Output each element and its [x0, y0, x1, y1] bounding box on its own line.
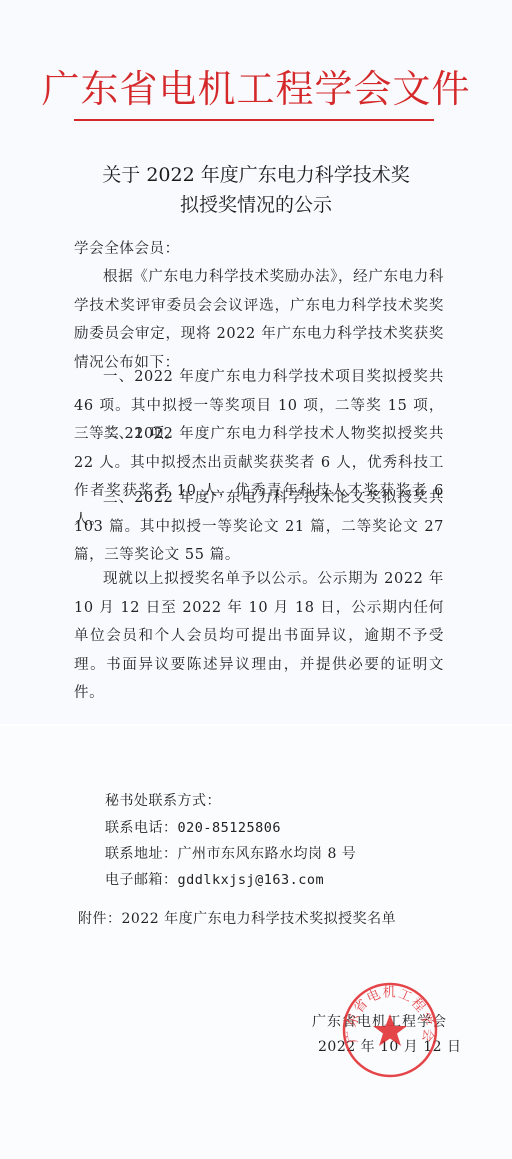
attachment-note: 附件：2022 年度广东电力科学技术奖拟授奖名单 [78, 908, 396, 930]
item-paper-awards: 三、2022 年度广东电力科学技术论文奖拟授奖共 103 篇。其中拟授一等奖论文… [74, 484, 444, 570]
salutation: 学会全体会员： [74, 235, 444, 264]
letterhead-title: 广东省电机工程学会文件 [0, 67, 512, 111]
signature-date: 2022 年 10 月 12 日 [318, 1037, 462, 1057]
contact-email-value: gddlkxjsj@163.com [178, 872, 325, 888]
contact-address-value: 广州市东风东路水均岗 8 号 [178, 846, 357, 862]
contact-address-label: 联系地址： [105, 846, 178, 862]
document-title-line-1: 关于 2022 年度广东电力科学技术奖 [0, 162, 512, 188]
contact-address: 联系地址：广州市东风东路水均岗 8 号 [105, 843, 356, 865]
intro-paragraph: 根据《广东电力科学技术奖励办法》，经广东电力科学技术奖评审委员会会议评选，广东电… [74, 263, 444, 377]
contact-phone-value: 020-85125806 [178, 820, 282, 836]
contact-email: 电子邮箱：gddlkxjsj@163.com [105, 869, 324, 891]
document-title-line-2: 拟授奖情况的公示 [0, 192, 512, 218]
contact-email-label: 电子邮箱： [105, 872, 178, 888]
signature-organization: 广东省电机工程学会 [312, 1012, 447, 1032]
contact-heading: 秘书处联系方式： [105, 790, 221, 812]
notice-paragraph: 现就以上拟授奖名单予以公示。公示期为 2022 年 10 月 12 日至 202… [74, 565, 444, 708]
contact-phone-label: 联系电话： [105, 820, 178, 836]
letterhead-red-rule [74, 119, 434, 121]
document-page-2 [0, 726, 512, 1159]
contact-phone: 联系电话：020-85125806 [105, 817, 281, 839]
